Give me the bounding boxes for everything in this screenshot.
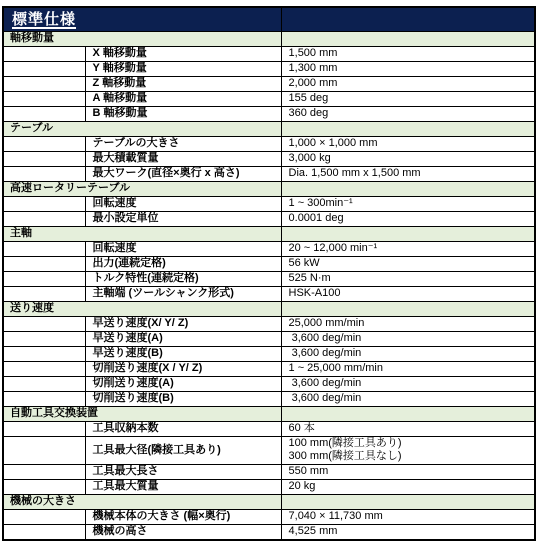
spec-label: 機械の高さ xyxy=(85,525,281,541)
spec-value: 1 ~ 25,000 mm/min xyxy=(281,362,535,377)
section-row: 軸移動量 xyxy=(3,32,535,47)
indent-cell xyxy=(3,480,85,495)
indent-cell xyxy=(3,92,85,107)
spec-row: 早送り速度(B) 3,600 deg/min xyxy=(3,347,535,362)
section-title: 自動工具交換装置 xyxy=(3,407,281,422)
indent-cell xyxy=(3,347,85,362)
section-title: 高速ロータリーテーブル xyxy=(3,182,281,197)
spec-label: B 軸移動量 xyxy=(85,107,281,122)
spec-value: 60 本 xyxy=(281,422,535,437)
spec-row: 主軸端 (ツールシャンク形式)HSK-A100 xyxy=(3,287,535,302)
spec-label: トルク特性(連続定格) xyxy=(85,272,281,287)
header-title-cell: 標準仕様 xyxy=(3,7,281,32)
spec-row: 機械の高さ4,525 mm xyxy=(3,525,535,541)
spec-value: 360 deg xyxy=(281,107,535,122)
section-row: テーブル xyxy=(3,122,535,137)
spec-label: 回転速度 xyxy=(85,242,281,257)
spec-value: 3,600 deg/min xyxy=(281,347,535,362)
spec-label: 工具収納本数 xyxy=(85,422,281,437)
spec-label: 出力(連続定格) xyxy=(85,257,281,272)
spec-value: 3,600 deg/min xyxy=(281,332,535,347)
spec-label: 機械本体の大きさ (幅×奥行) xyxy=(85,510,281,525)
indent-cell xyxy=(3,137,85,152)
spec-value: 20 ~ 12,000 min⁻¹ xyxy=(281,242,535,257)
spec-value: HSK-A100 xyxy=(281,287,535,302)
spec-label: 最小設定単位 xyxy=(85,212,281,227)
spec-label: 工具最大質量 xyxy=(85,480,281,495)
spec-label: A 軸移動量 xyxy=(85,92,281,107)
spec-row: テーブルの大きさ1,000 × 1,000 mm xyxy=(3,137,535,152)
spec-row: Z 軸移動量2,000 mm xyxy=(3,77,535,92)
spec-row: A 軸移動量155 deg xyxy=(3,92,535,107)
spec-row: 機械本体の大きさ (幅×奥行)7,040 × 11,730 mm xyxy=(3,510,535,525)
spec-value: 3,600 deg/min xyxy=(281,377,535,392)
indent-cell xyxy=(3,152,85,167)
section-title: 送り速度 xyxy=(3,302,281,317)
section-value-spacer xyxy=(281,122,535,137)
spec-value: 56 kW xyxy=(281,257,535,272)
indent-cell xyxy=(3,377,85,392)
spec-value: Dia. 1,500 mm x 1,500 mm xyxy=(281,167,535,182)
spec-row: Y 軸移動量1,300 mm xyxy=(3,62,535,77)
spec-row: 工具最大径(隣接工具あり)100 mm(隣接工具あり) 300 mm(隣接工具な… xyxy=(3,437,535,465)
spec-value: 20 kg xyxy=(281,480,535,495)
spec-row: 出力(連続定格)56 kW xyxy=(3,257,535,272)
spec-label: 最大積載質量 xyxy=(85,152,281,167)
table-header-row: 標準仕様 xyxy=(3,7,535,32)
spec-value: 3,000 kg xyxy=(281,152,535,167)
spec-row: 切削送り速度(A) 3,600 deg/min xyxy=(3,377,535,392)
spec-label: 主軸端 (ツールシャンク形式) xyxy=(85,287,281,302)
spec-value: 2,000 mm xyxy=(281,77,535,92)
spec-row: 早送り速度(A) 3,600 deg/min xyxy=(3,332,535,347)
spec-value: 25,000 mm/min xyxy=(281,317,535,332)
spec-value: 4,525 mm xyxy=(281,525,535,541)
indent-cell xyxy=(3,437,85,465)
spec-label: 切削送り速度(A) xyxy=(85,377,281,392)
indent-cell xyxy=(3,272,85,287)
spec-row: 最小設定単位0.0001 deg xyxy=(3,212,535,227)
spec-value: 3,600 deg/min xyxy=(281,392,535,407)
spec-label: 切削送り速度(X / Y/ Z) xyxy=(85,362,281,377)
spec-table: 標準仕様 軸移動量X 軸移動量1,500 mmY 軸移動量1,300 mmZ 軸… xyxy=(2,6,536,541)
spec-value: 1,300 mm xyxy=(281,62,535,77)
spec-value: 7,040 × 11,730 mm xyxy=(281,510,535,525)
spec-label: 早送り速度(A) xyxy=(85,332,281,347)
spec-row: 切削送り速度(X / Y/ Z)1 ~ 25,000 mm/min xyxy=(3,362,535,377)
spec-label: 工具最大径(隣接工具あり) xyxy=(85,437,281,465)
spec-value: 100 mm(隣接工具あり) 300 mm(隣接工具なし) xyxy=(281,437,535,465)
spec-row: 最大積載質量3,000 kg xyxy=(3,152,535,167)
indent-cell xyxy=(3,510,85,525)
indent-cell xyxy=(3,167,85,182)
spec-row: トルク特性(連続定格)525 N·m xyxy=(3,272,535,287)
indent-cell xyxy=(3,197,85,212)
section-row: 自動工具交換装置 xyxy=(3,407,535,422)
section-value-spacer xyxy=(281,32,535,47)
spec-row: 工具最大質量20 kg xyxy=(3,480,535,495)
indent-cell xyxy=(3,392,85,407)
spec-row: 最大ワーク(直径×奥行 x 高さ)Dia. 1,500 mm x 1,500 m… xyxy=(3,167,535,182)
indent-cell xyxy=(3,242,85,257)
indent-cell xyxy=(3,212,85,227)
section-value-spacer xyxy=(281,407,535,422)
spec-label: 回転速度 xyxy=(85,197,281,212)
header-value-spacer xyxy=(281,7,535,32)
spec-row: 切削送り速度(B) 3,600 deg/min xyxy=(3,392,535,407)
spec-label: 切削送り速度(B) xyxy=(85,392,281,407)
spec-value: 1,000 × 1,000 mm xyxy=(281,137,535,152)
spec-value: 550 mm xyxy=(281,465,535,480)
spec-row: X 軸移動量1,500 mm xyxy=(3,47,535,62)
spec-value: 0.0001 deg xyxy=(281,212,535,227)
spec-sheet-page: 標準仕様 軸移動量X 軸移動量1,500 mmY 軸移動量1,300 mmZ 軸… xyxy=(0,0,537,556)
indent-cell xyxy=(3,287,85,302)
spec-row: 早送り速度(X/ Y/ Z)25,000 mm/min xyxy=(3,317,535,332)
spec-label: テーブルの大きさ xyxy=(85,137,281,152)
spec-label: Z 軸移動量 xyxy=(85,77,281,92)
indent-cell xyxy=(3,422,85,437)
spec-row: 回転速度20 ~ 12,000 min⁻¹ xyxy=(3,242,535,257)
section-title: テーブル xyxy=(3,122,281,137)
indent-cell xyxy=(3,257,85,272)
section-title: 主軸 xyxy=(3,227,281,242)
spec-label: Y 軸移動量 xyxy=(85,62,281,77)
section-value-spacer xyxy=(281,495,535,510)
spec-row: 回転速度1 ~ 300min⁻¹ xyxy=(3,197,535,212)
indent-cell xyxy=(3,107,85,122)
spec-label: 早送り速度(B) xyxy=(85,347,281,362)
page-title: 標準仕様 xyxy=(12,11,76,28)
section-title: 機械の大きさ xyxy=(3,495,281,510)
spec-value: 525 N·m xyxy=(281,272,535,287)
spec-label: 早送り速度(X/ Y/ Z) xyxy=(85,317,281,332)
section-row: 機械の大きさ xyxy=(3,495,535,510)
indent-cell xyxy=(3,465,85,480)
section-row: 送り速度 xyxy=(3,302,535,317)
section-value-spacer xyxy=(281,182,535,197)
indent-cell xyxy=(3,62,85,77)
spec-label: 最大ワーク(直径×奥行 x 高さ) xyxy=(85,167,281,182)
section-value-spacer xyxy=(281,302,535,317)
indent-cell xyxy=(3,77,85,92)
section-title: 軸移動量 xyxy=(3,32,281,47)
spec-value: 1 ~ 300min⁻¹ xyxy=(281,197,535,212)
spec-value: 1,500 mm xyxy=(281,47,535,62)
spec-row: B 軸移動量360 deg xyxy=(3,107,535,122)
section-row: 主軸 xyxy=(3,227,535,242)
spec-row: 工具最大長さ550 mm xyxy=(3,465,535,480)
spec-label: 工具最大長さ xyxy=(85,465,281,480)
indent-cell xyxy=(3,525,85,541)
section-value-spacer xyxy=(281,227,535,242)
spec-row: 工具収納本数60 本 xyxy=(3,422,535,437)
indent-cell xyxy=(3,332,85,347)
spec-value: 155 deg xyxy=(281,92,535,107)
indent-cell xyxy=(3,317,85,332)
indent-cell xyxy=(3,47,85,62)
indent-cell xyxy=(3,362,85,377)
section-row: 高速ロータリーテーブル xyxy=(3,182,535,197)
spec-label: X 軸移動量 xyxy=(85,47,281,62)
